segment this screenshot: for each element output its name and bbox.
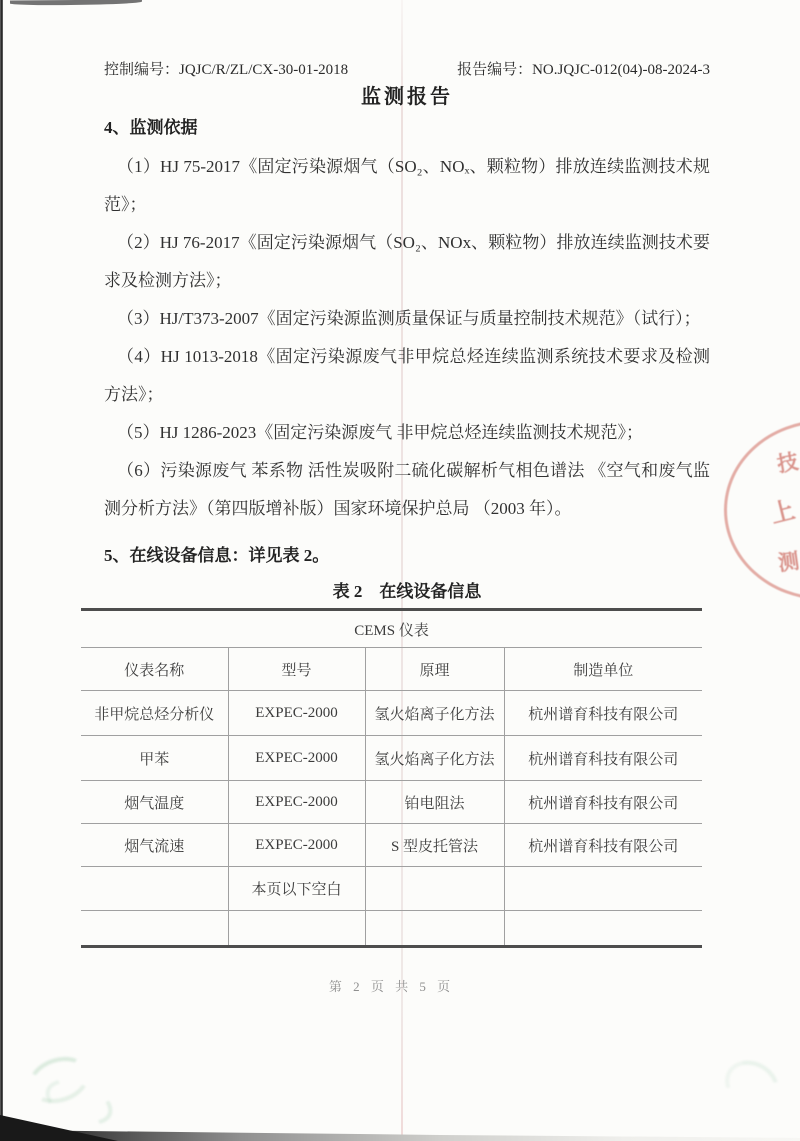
section-heading-monitoring-basis: 4、监测依据 — [104, 116, 710, 140]
cell-manufacturer: 杭州谱育科技有限公司 — [504, 824, 702, 867]
cell-empty — [228, 911, 365, 947]
table-header-row: 仪表名称 型号 原理 制造单位 — [81, 648, 702, 691]
cell-empty — [365, 911, 504, 947]
report-number-label: 报告编号： — [457, 62, 532, 78]
report-number: 报告编号：NO.JQJC-012(04)-08-2024-3 — [457, 60, 710, 80]
document-numbers-row: 控制编号：JQJC/R/ZL/CX-30-01-2018 报告编号：NO.JQJ… — [104, 60, 710, 80]
cell-instrument: 非甲烷总烃分析仪 — [81, 691, 228, 736]
cell-manufacturer: 杭州谱育科技有限公司 — [504, 691, 702, 736]
table-row-blank-note: 本页以下空白 — [81, 867, 702, 911]
column-header-model: 型号 — [228, 648, 365, 691]
section-heading-online-devices: 5、在线设备信息：详见表 2。 — [104, 544, 710, 568]
table-row-empty — [81, 911, 702, 947]
table-group-header-row: CEMS 仪表 — [81, 610, 702, 648]
scan-smudge-green-bl — [23, 1049, 96, 1110]
cell-principle: 氢火焰离子化方法 — [365, 691, 504, 736]
cell-model: EXPEC-2000 — [228, 736, 365, 781]
table-row: 甲苯 EXPEC-2000 氢火焰离子化方法 杭州谱育科技有限公司 — [81, 736, 702, 781]
cell-empty — [504, 911, 702, 947]
cell-instrument: 烟气温度 — [81, 781, 228, 824]
basis-item: （1）HJ 75-2017《固定污染源烟气（SO₂、NOₓ、颗粒物）排放连续监测… — [104, 148, 710, 224]
cell-principle: 氢火焰离子化方法 — [365, 736, 504, 781]
cell-manufacturer: 杭州谱育科技有限公司 — [504, 781, 702, 824]
basis-item: （6）污染源废气 苯系物 活性炭吸附二硫化碳解析气相色谱法 《空气和废气监测分析… — [104, 452, 710, 528]
scanned-report-page: 技 上 测 控制编号：JQJC/R/ZL/CX-30-01-2018 报告编号：… — [0, 0, 800, 1141]
basis-item: （3）HJ/T373-2007《固定污染源监测质量保证与质量控制技术规范》（试行… — [104, 300, 710, 338]
scan-smudge-green-br — [716, 1051, 787, 1119]
cell-manufacturer: 杭州谱育科技有限公司 — [504, 736, 702, 781]
cell-principle: 铂电阻法 — [365, 781, 504, 824]
cell-instrument: 烟气流速 — [81, 824, 228, 867]
control-number-value: JQJC/R/ZL/CX-30-01-2018 — [179, 62, 348, 78]
cell-empty — [81, 911, 228, 947]
cell-empty — [504, 867, 702, 911]
cell-empty — [365, 867, 504, 911]
column-header-instrument: 仪表名称 — [81, 648, 228, 691]
online-devices-table: CEMS 仪表 仪表名称 型号 原理 制造单位 非甲烷总烃分析仪 EXPEC-2… — [81, 608, 702, 948]
basis-item: （2）HJ 76-2017《固定污染源烟气（SO₂、NOx、颗粒物）排放连续监测… — [104, 224, 710, 300]
control-number-label: 控制编号： — [104, 62, 179, 78]
devices-table-wrapper: CEMS 仪表 仪表名称 型号 原理 制造单位 非甲烷总烃分析仪 EXPEC-2… — [81, 608, 702, 948]
page-number-indicator: 第 2 页 共 5 页 — [81, 976, 702, 995]
table-row: 非甲烷总烃分析仪 EXPEC-2000 氢火焰离子化方法 杭州谱育科技有限公司 — [81, 691, 702, 736]
cell-model: EXPEC-2000 — [228, 691, 365, 736]
document-content: 控制编号：JQJC/R/ZL/CX-30-01-2018 报告编号：NO.JQJ… — [0, 0, 800, 995]
page-title: 监测报告 — [104, 84, 710, 110]
monitoring-basis-list: （1）HJ 75-2017《固定污染源烟气（SO₂、NOₓ、颗粒物）排放连续监测… — [104, 148, 710, 528]
cell-instrument: 甲苯 — [81, 736, 228, 781]
cell-model: EXPEC-2000 — [228, 824, 365, 867]
basis-item: （4）HJ 1013-2018《固定污染源废气非甲烷总烃连续监测系统技术要求及检… — [104, 338, 710, 414]
cell-blank-below-note: 本页以下空白 — [228, 867, 365, 911]
cell-empty — [81, 867, 228, 911]
column-header-principle: 原理 — [365, 648, 504, 691]
table-row: 烟气温度 EXPEC-2000 铂电阻法 杭州谱育科技有限公司 — [81, 781, 702, 824]
report-number-value: NO.JQJC-012(04)-08-2024-3 — [532, 62, 710, 78]
table-group-header: CEMS 仪表 — [81, 610, 702, 648]
column-header-manufacturer: 制造单位 — [504, 648, 702, 691]
cell-model: EXPEC-2000 — [228, 781, 365, 824]
table-caption: 表 2 在线设备信息 — [104, 580, 710, 604]
table-row: 烟气流速 EXPEC-2000 S 型皮托管法 杭州谱育科技有限公司 — [81, 824, 702, 867]
control-number: 控制编号：JQJC/R/ZL/CX-30-01-2018 — [104, 60, 348, 80]
scan-corner-shadow — [0, 1115, 118, 1141]
basis-item: （5）HJ 1286-2023《固定污染源废气 非甲烷总烃连续监测技术规范》； — [104, 414, 710, 452]
scan-edge-bottom — [0, 1130, 800, 1141]
scan-smudge-green-bl — [39, 1070, 119, 1133]
cell-principle: S 型皮托管法 — [365, 824, 504, 867]
